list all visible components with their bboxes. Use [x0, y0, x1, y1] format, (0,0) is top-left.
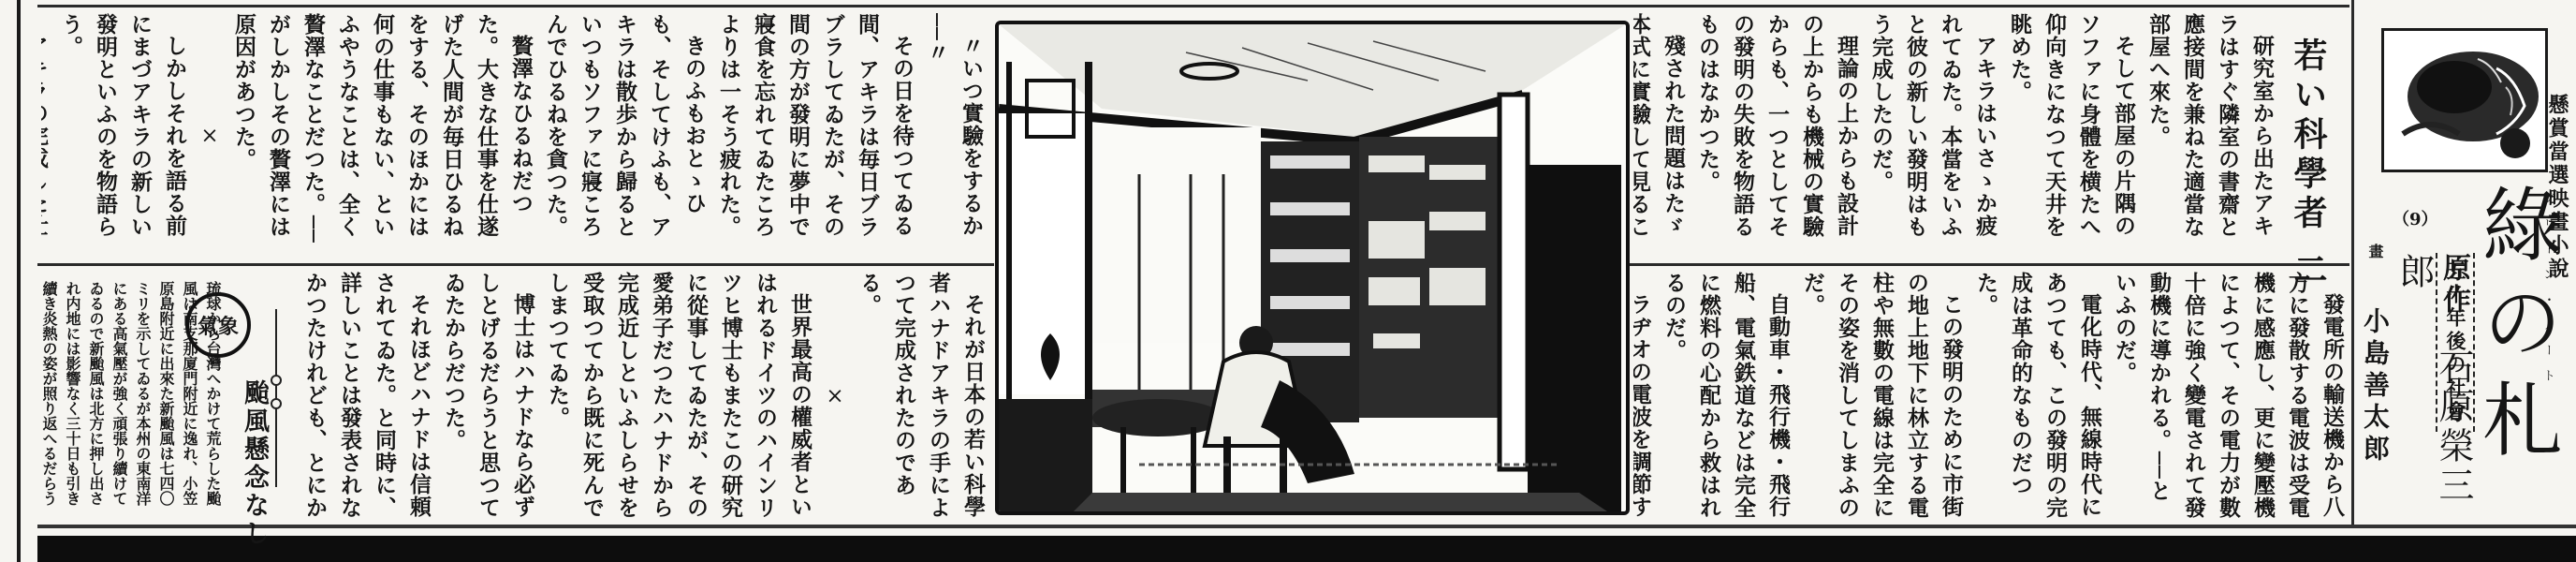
artist-role: 畫	[2366, 244, 2384, 264]
section-separator: ×	[192, 13, 227, 259]
weather-report: 琉球から台灣へかけて荒らした颱風は南支那廈門附近に逸れ、小笠原島附近に出來た新颱…	[37, 281, 225, 515]
paragraph: それが日本の若い科學者ハナドアキラの手によつて完成されたのである。	[852, 272, 990, 521]
paragraph: ラヂオの電波を調節するやうに、それらの機關は波長を調節しておのおの發電所から發送…	[1633, 272, 1657, 521]
paragraph: 發電所の輸送機から八方に發散する電波は受電機に感應し、更に變壓機によつて、その電…	[2107, 272, 2349, 521]
upper-text-left: 〃いつ實驗をするか──〃 その日を待つてゐる間、アキラは毎日ブラブラしてゐたが、…	[41, 13, 988, 259]
bottom-rule	[37, 525, 2576, 528]
paragraph: それほどハナドは信頼されてゐた。と同時に、詳しいことは發表されなかつたけれども、…	[298, 272, 436, 521]
ornament-divider	[275, 309, 277, 487]
paragraph: 世界最高の權威者といはれるドイツのハインリツヒ博士もまたこの研究に從事してゐたが…	[540, 272, 817, 521]
middle-rule-right	[1627, 263, 2349, 266]
paragraph: 自動車・飛行機・飛行船、電氣鉄道などは完全に燃料の心配から救はれるのだ。	[1657, 272, 1795, 521]
chapter-heading: 若い科學者 二	[2284, 37, 2332, 291]
paragraph: 電化時代、無線時代にあつても、この發明の完成は革命的なものだつた。	[1969, 272, 2107, 521]
paragraph: 〃いつ實驗をするか──〃	[919, 13, 988, 259]
paragraph: 理論の上からも設計の上からも機械の實驗からも、一つとしてその發明の失敗を物語るも…	[1690, 13, 1864, 259]
weather-headline: 颱風懸念なし	[236, 379, 272, 548]
upper-text-right: 研究室から出たアキラはすぐ隣室の書齋と應接間を兼ねた適當な部屋へ來た。 そして部…	[1633, 13, 2279, 259]
artist-credit: 畫 小島善太郎	[2359, 244, 2391, 466]
paragraph: 博士はハナドなら必ずしとげるだらうと思つてゐたからだつた。	[436, 272, 540, 521]
paragraph: きのふもおとゝひも、そしてけふも、アキラは散歩から歸るといつもソファに寢ころんで…	[538, 13, 711, 259]
lower-text-left: それが日本の若い科學者ハナドアキラの手によつて完成されたのである。 × 世界最高…	[298, 272, 990, 521]
paragraph: アキラの完成した仕事といふのは高壓電氣の無線輸送である。	[41, 13, 53, 259]
paragraph: 研究室から出たアキラはすぐ隣室の書齋と應接間を兼ねた適當な部屋へ來た。	[2141, 13, 2279, 259]
paragraph: 殘された問題はたゞ本式に實驗して見ることだけだつた。そしてアキラは無論その成功に…	[1633, 13, 1690, 259]
serial-title-block: 懸賞當選映畫小說 グリーン・ノート 綠の札 五十年後の社會 （9） 原作 石原榮…	[2351, 0, 2576, 525]
advertisement-band	[37, 536, 2576, 562]
story-illustration	[995, 21, 1630, 515]
paragraph: 贅澤なひるねだつた。大きな仕事を仕遂げた人間が毎日ひるねをする、そのほかには何の…	[227, 13, 538, 259]
paragraph: アキラはいさゝか疲れてゐた。本當をいふと彼の新しい發明はもう完成したのだ。	[1864, 13, 2002, 259]
paragraph: その日を待つてゐる間、アキラは毎日ブラブラしてゐたが、その間の方が發明に夢中で寢…	[711, 13, 919, 259]
serial-title: 綠の札	[2473, 183, 2557, 475]
author-role: 原作	[2437, 253, 2470, 317]
lower-text-right: 發電所の輸送機から八方に發散する電波は受電機に感應し、更に變壓機によつて、その電…	[1633, 272, 2349, 521]
section-separator: ×	[817, 272, 852, 521]
paragraph: しかしそれを語る前にまづアキラの新しい發明といふのを物語らう。	[53, 13, 192, 259]
top-rule	[37, 5, 2349, 7]
artist-name: 小島善太郎	[2360, 307, 2391, 466]
author-credit: 原作 石原榮三郎	[2394, 253, 2473, 525]
newspaper-page: 懸賞當選映畫小說 グリーン・ノート 綠の札 五十年後の社會 （9） 原作 石原榮…	[0, 0, 2576, 562]
page-border	[17, 0, 21, 562]
episode-number: （9）	[2393, 206, 2438, 230]
cat-illustration	[2381, 28, 2548, 172]
paragraph: そして部屋の片隅のソファに身體を横たへ仰向きになつて天井を眺めた。	[2002, 13, 2141, 259]
paragraph: この發明のために市街の地上地下に林立する電柱や無數の電線は完全にその姿を消してし…	[1795, 272, 1969, 521]
middle-rule	[37, 263, 994, 266]
